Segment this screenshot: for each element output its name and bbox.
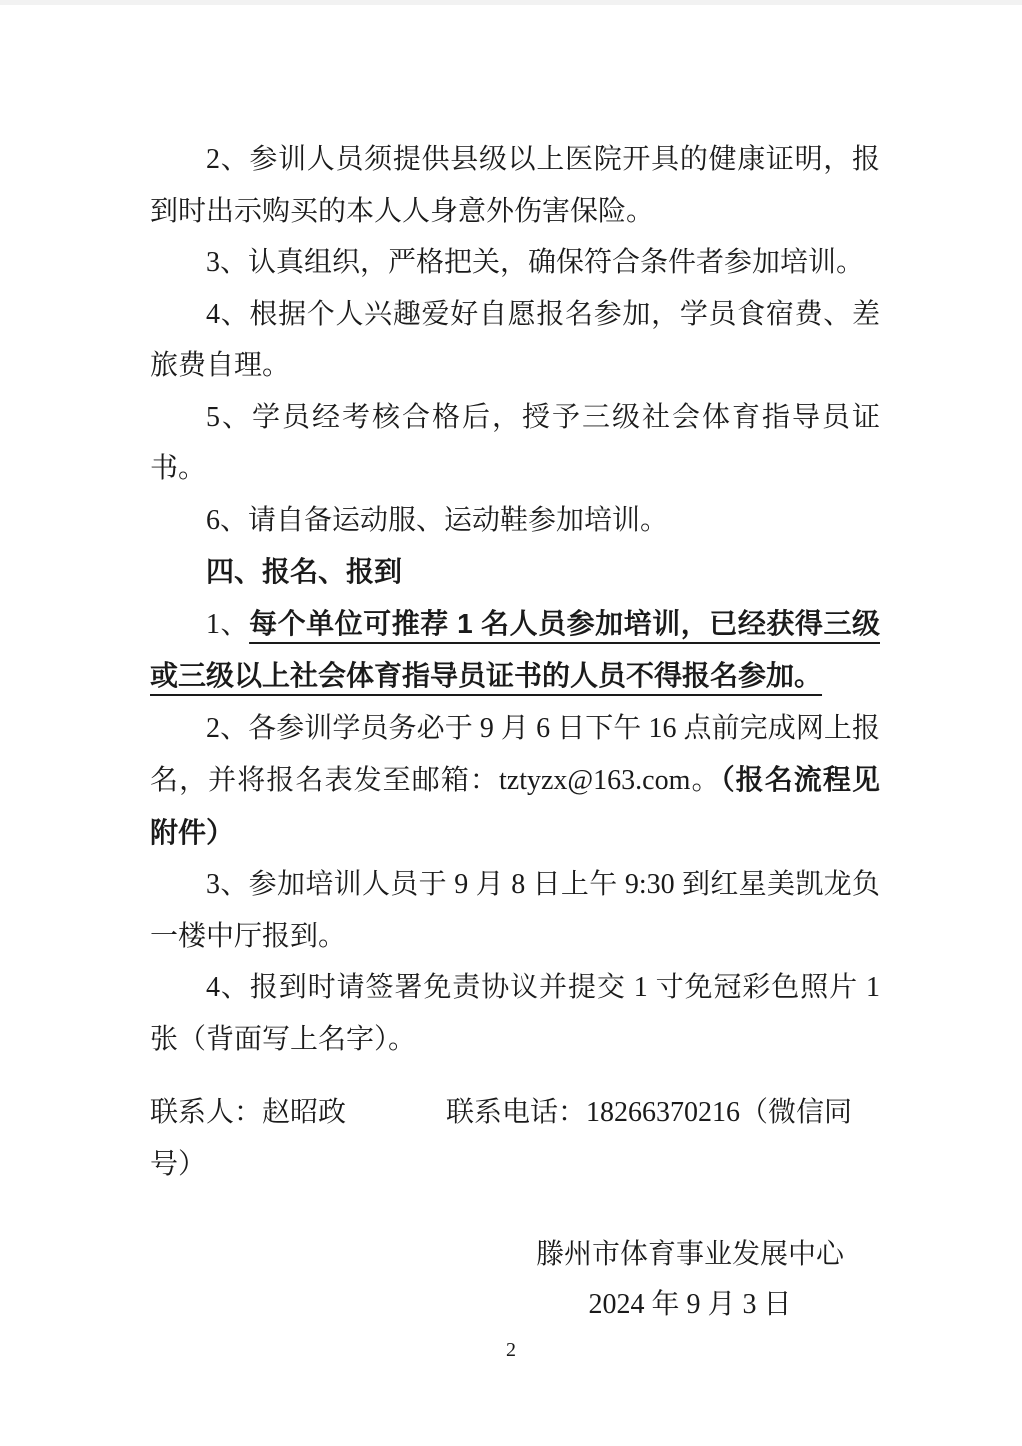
body-paragraph: 2、参训人员须提供县级以上医院开具的健康证明，报到时出示购买的本人人身意外伤害保… (150, 134, 880, 237)
page-number: 2 (0, 1336, 1022, 1364)
section-heading: 四、报名、报到 (150, 546, 880, 598)
document-page: 2、参训人员须提供县级以上医院开具的健康证明，报到时出示购买的本人人身意外伤害保… (0, 5, 1022, 1330)
body-paragraph: 3、参加培训人员于 9 月 8 日上午 9:30 到红星美凯龙负一楼中厅报到。 (150, 859, 880, 962)
signature-date: 2024 年 9 月 3 日 (500, 1280, 880, 1330)
body-paragraph: 6、请自备运动服、运动鞋参加培训。 (150, 495, 880, 547)
body-paragraph: 4、根据个人兴趣爱好自愿报名参加，学员食宿费、差旅费自理。 (150, 289, 880, 392)
signature-org: 滕州市体育事业发展中心 (500, 1230, 880, 1280)
body-paragraph: 2、各参训学员务必于 9 月 6 日下午 16 点前完成网上报名，并将报名表发至… (150, 703, 880, 860)
contact-person: 联系人：赵昭政 (150, 1097, 346, 1128)
emphasized-text: 每个单位可推荐 1 名人员参加培训，已经获得三级或三级以上社会体育指导员证书的人… (150, 608, 880, 692)
body-paragraph: 3、认真组织，严格把关，确保符合条件者参加培训。 (150, 237, 880, 289)
signature-block: 滕州市体育事业发展中心 2024 年 9 月 3 日 (500, 1230, 880, 1330)
contact-line: 联系人：赵昭政联系电话：18266370216（微信同号） (150, 1087, 880, 1190)
body-paragraph: 1、每个单位可推荐 1 名人员参加培训，已经获得三级或三级以上社会体育指导员证书… (150, 598, 880, 703)
list-number: 1、 (206, 609, 249, 640)
body-paragraph: 5、学员经考核合格后，授予三级社会体育指导员证书。 (150, 392, 880, 495)
body-paragraph: 4、报到时请签署免责协议并提交 1 寸免冠彩色照片 1 张（背面写上名字）。 (150, 962, 880, 1065)
